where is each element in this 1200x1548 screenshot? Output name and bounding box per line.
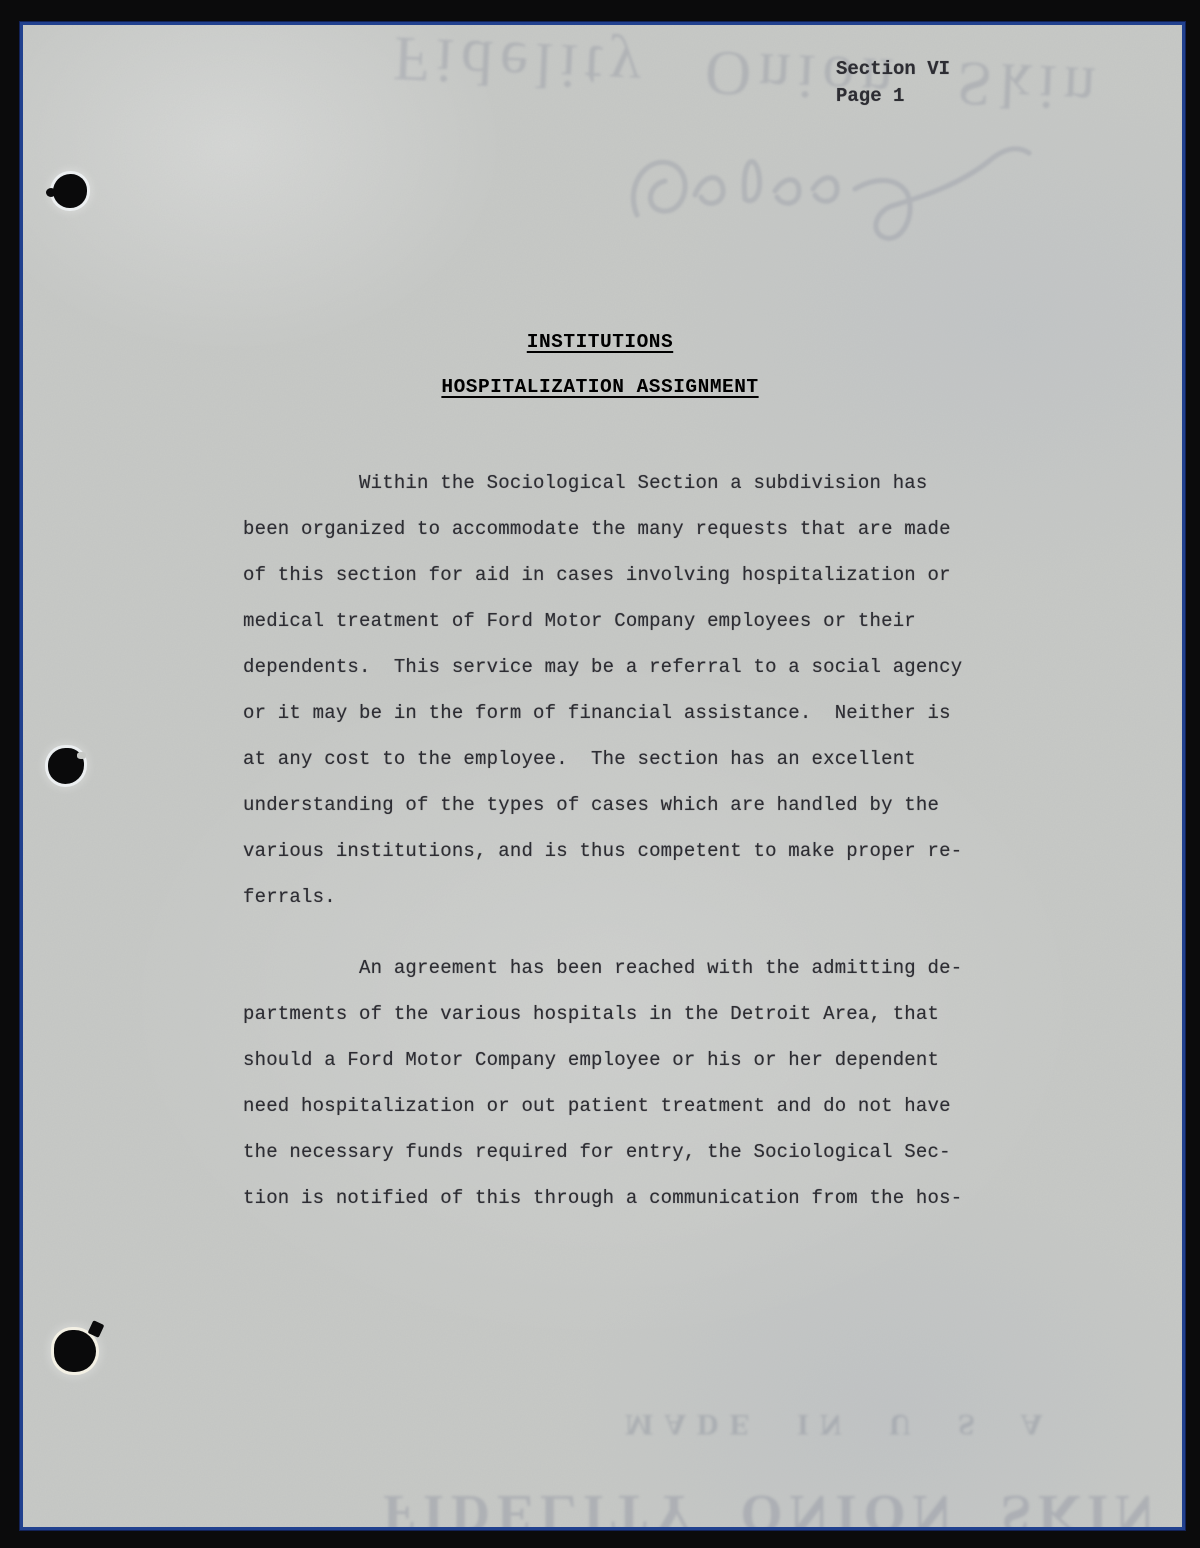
body-paragraph-1: Within the Sociological Section a subdiv… [243,460,983,920]
section-label: Section VI [836,58,950,80]
bleedthrough-made-in-usa-stamp: MADE IN U S A [625,1407,1053,1441]
bleedthrough-cursive-scrawl [623,117,1043,267]
punch-hole-bottom [54,1330,96,1372]
title-block: INSTITUTIONS [223,331,977,353]
page-number-label: Page 1 [836,85,904,107]
bleedthrough-watermark-top: Fidelity Onion Skin [392,22,1104,126]
doc-title: INSTITUTIONS [527,331,673,353]
body-paragraph-2: An agreement has been reached with the a… [243,945,983,1221]
punch-hole-top [53,174,87,208]
doc-subtitle: HOSPITALIZATION ASSIGNMENT [441,376,758,398]
page-header: Section VI Page 1 [836,56,950,110]
subtitle-block: HOSPITALIZATION ASSIGNMENT [223,376,977,398]
document-page: Fidelity Onion Skin MADE IN U S A FIDELI… [20,22,1185,1530]
bleedthrough-watermark-bottom: FIDELITY ONION SKIN [383,1483,1161,1530]
punch-hole-middle [48,748,84,784]
scan-backdrop: Fidelity Onion Skin MADE IN U S A FIDELI… [0,0,1200,1548]
